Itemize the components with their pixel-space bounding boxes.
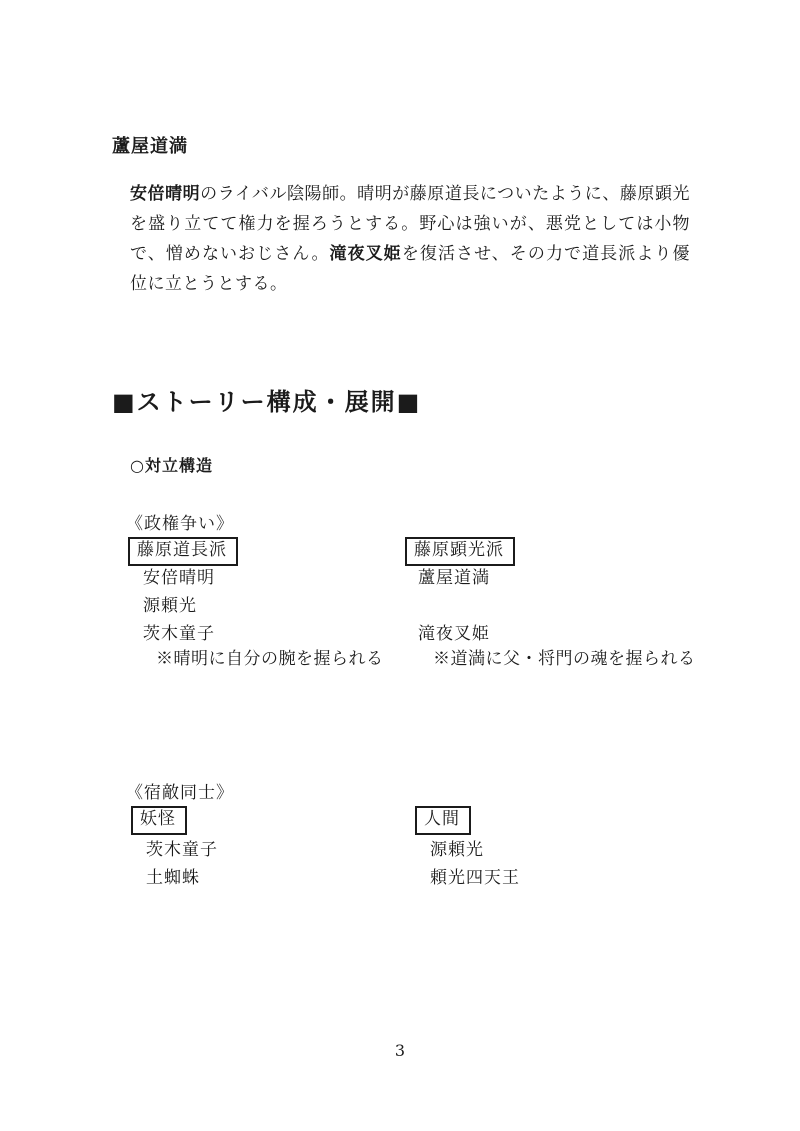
- list-item: 土蜘蛛: [146, 864, 218, 892]
- yokai-member-list: 茨木童子 土蜘蛛: [146, 836, 218, 892]
- character-ref-abe-no-seimei: 安倍晴明: [130, 184, 200, 204]
- list-item: 源頼光: [143, 592, 215, 620]
- list-item: [418, 592, 490, 620]
- faction-label-akimitsu: 藤原顕光派: [405, 537, 515, 566]
- faction-label-yokai: 妖怪: [131, 806, 187, 835]
- document-page: 蘆屋道満 安倍晴明のライバル陰陽師。晴明が藤原道長についたように、藤原顕光を盛り…: [0, 0, 800, 1131]
- group-title-sworn-enemies: 《宿敵同士》: [126, 781, 234, 805]
- faction-label-michinaga: 藤原道長派: [128, 537, 238, 566]
- subsection-heading-conflict-structure: ○対立構造: [130, 456, 213, 476]
- faction-box-akimitsu: 藤原顕光派: [405, 537, 515, 566]
- list-item: 蘆屋道満: [418, 564, 490, 592]
- faction-label-human: 人間: [415, 806, 471, 835]
- list-item: 頼光四天王: [430, 864, 520, 892]
- list-item: 安倍晴明: [143, 564, 215, 592]
- michinaga-member-list: 安倍晴明 源頼光 茨木童子: [143, 564, 215, 648]
- note-takiyasha-soul: ※道満に父・将門の魂を握られる: [433, 648, 696, 670]
- human-member-list: 源頼光 頼光四天王: [430, 836, 520, 892]
- faction-box-human: 人間: [415, 806, 471, 835]
- page-number: 3: [0, 1041, 800, 1061]
- list-item: 源頼光: [430, 836, 520, 864]
- section-heading-story-composition: ■ストーリー構成・展開■: [112, 388, 421, 416]
- faction-box-michinaga: 藤原道長派: [128, 537, 238, 566]
- character-profile-name: 蘆屋道満: [112, 136, 188, 158]
- list-item: 茨木童子: [146, 836, 218, 864]
- akimitsu-member-list: 蘆屋道満 滝夜叉姫: [418, 564, 490, 648]
- character-ref-takiyasha-hime: 滝夜叉姫: [330, 244, 402, 264]
- faction-box-yokai: 妖怪: [131, 806, 187, 835]
- character-profile-description: 安倍晴明のライバル陰陽師。晴明が藤原道長についたように、藤原顕光を盛り立てて権力…: [130, 179, 690, 299]
- group-title-power-struggle: 《政権争い》: [126, 512, 234, 536]
- note-ibaraki-arm: ※晴明に自分の腕を握られる: [156, 648, 384, 670]
- list-item: 滝夜叉姫: [418, 620, 490, 648]
- list-item: 茨木童子: [143, 620, 215, 648]
